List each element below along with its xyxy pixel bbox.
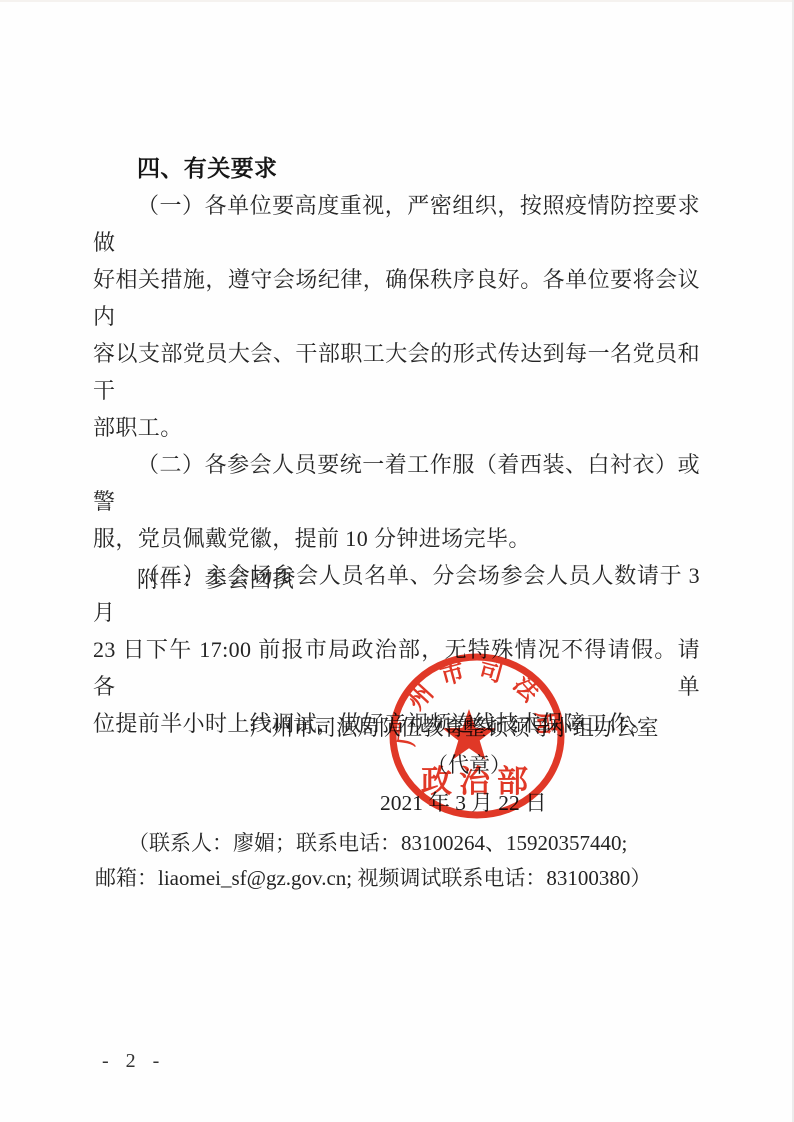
page-number: - 2 - <box>102 1050 165 1073</box>
contact-line-1: （联系人：廖媚；联系电话：83100264、15920357440; <box>128 829 627 857</box>
paragraph-2: （二）各参会人员要统一着工作服（着西装、白衬衣）或警 服，党员佩戴党徽，提前 1… <box>93 446 700 557</box>
paragraph-line: （一）各单位要高度重视，严密组织，按照疫情防控要求做 <box>93 187 700 261</box>
seal-bottom-text: 政治部 <box>421 764 535 799</box>
document-page: 四、有关要求 （一）各单位要高度重视，严密组织，按照疫情防控要求做 好相关措施，… <box>0 0 794 1122</box>
official-seal-stamp: 广州市司法局 政治部 <box>389 653 565 819</box>
section-heading: 四、有关要求 <box>93 150 700 187</box>
paragraph-line: 服，党员佩戴党徽，提前 10 分钟进场完毕。 <box>93 520 700 557</box>
attachment-line: 附件：参会回执 <box>137 561 295 598</box>
paragraph-line: 好相关措施，遵守会场纪律，确保秩序良好。各单位要将会议内 <box>93 261 700 335</box>
paragraph-1: （一）各单位要高度重视，严密组织，按照疫情防控要求做 好相关措施，遵守会场纪律，… <box>93 187 700 446</box>
contact-line-2: 邮箱：liaomei_sf@gz.gov.cn; 视频调试联系电话：831003… <box>95 864 651 892</box>
paragraph-line: 容以支部党员大会、干部职工大会的形式传达到每一名党员和干 <box>93 335 700 409</box>
paragraph-line: （二）各参会人员要统一着工作服（着西装、白衬衣）或警 <box>93 446 700 520</box>
seal-star-icon <box>442 709 495 760</box>
paragraph-line: 部职工。 <box>93 409 700 446</box>
